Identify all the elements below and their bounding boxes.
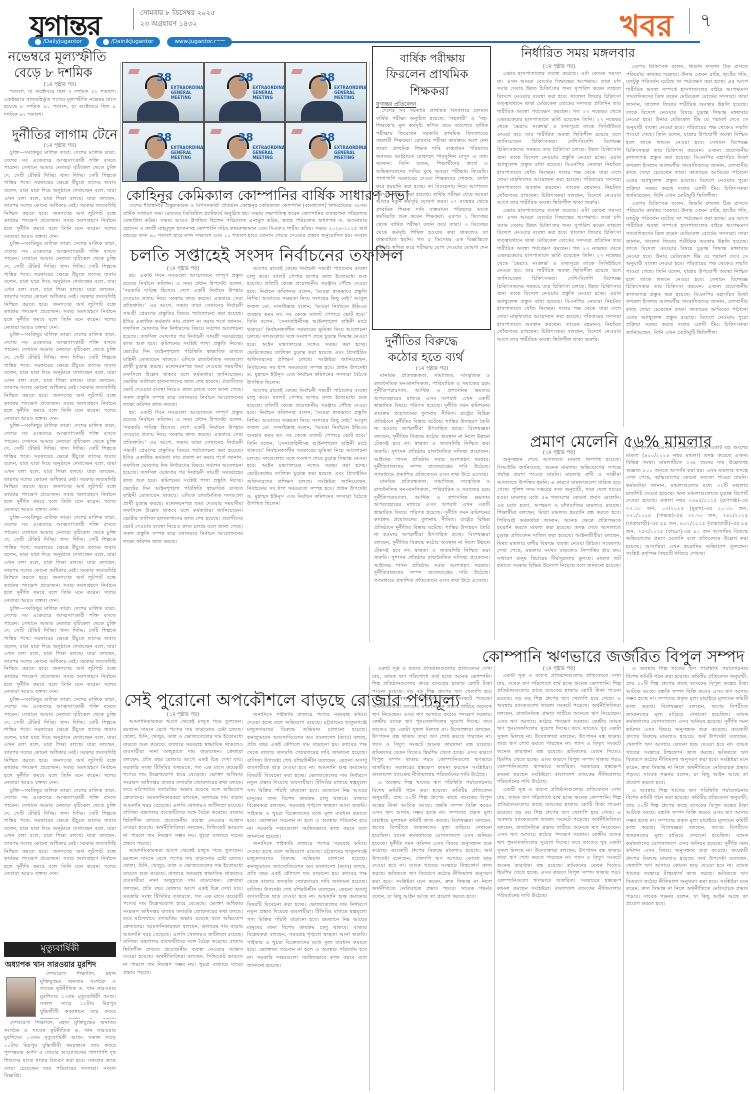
column-divider xyxy=(623,666,624,1091)
column-divider xyxy=(369,666,370,1091)
publication-date: সোমবার ৮ ডিসেম্বর ২০২৫ ২৩ অগ্রহায়ণ ১৪৩২ xyxy=(140,8,215,30)
ramadan-body-col1: আমদানিকারকরা আগে থেকেই মজুত গড়ে তুলছেন।… xyxy=(123,719,243,1091)
social-links: /DailyJugantor /DainikJugantor www.jugan… xyxy=(28,37,232,47)
company-debt-body-col2: এ অবস্থায় শিল্প খাতের ঋণ পরিস্থিতি পর্য… xyxy=(626,666,748,1091)
facebook-handle: /DainikJugantor xyxy=(111,39,153,45)
inflation-body: শতাংশ, যা অক্টোবরে ছিল ৭ দশমিক ৩২ শতাংশ।… xyxy=(4,89,116,125)
participant-frame: 38EXTRAORDINARY GENERAL MEETING xyxy=(286,63,366,121)
election-body-col2: আগের রাতেই কেন্দ্রে নির্বাচনী সামগ্রী পা… xyxy=(247,266,367,688)
column-divider xyxy=(494,330,495,640)
facebook-icon xyxy=(103,39,109,45)
ramadan-body-col2: অন্যদিকে পাইকারি বাজারে পণ্যের সরবরাহ কম… xyxy=(247,712,367,1091)
twitter-link[interactable]: /DailyJugantor xyxy=(28,37,89,47)
facebook-link[interactable]: /DainikJugantor xyxy=(96,37,160,47)
bengali-date: ২৩ অগ্রহায়ণ ১৪৩২ xyxy=(140,19,215,30)
obituary-portrait xyxy=(6,977,36,1017)
scheduled-time-headline: নির্ধারিত সময় মঙ্গলবার xyxy=(521,45,635,65)
page-number: ৭ xyxy=(700,6,712,37)
participant-frame: 38EXTRAORDINARY GENERAL MEETING xyxy=(123,63,203,121)
kohinoor-body: দেশের শীর্ষস্থানীয় প্রস্তুতকারক ও বিপণন… xyxy=(123,203,367,241)
twitter-handle: /DailyJugantor xyxy=(43,39,82,45)
participant-frame: 38EXTRAORDINARY GENERAL MEETING xyxy=(205,63,285,121)
agm-photo: 38EXTRAORDINARY GENERAL MEETING 38EXTRAO… xyxy=(122,62,367,182)
participant-frame: 38EXTRAORDINARY GENERAL MEETING xyxy=(286,123,366,181)
column-divider xyxy=(494,666,495,1091)
column-divider xyxy=(623,82,624,427)
participant-frame: 38EXTRAORDINARY GENERAL MEETING xyxy=(123,123,203,181)
company-debt-body-col1: একটি সূত্র ও ব্যবসা প্রতিষ্ঠানগুলোর প্রত… xyxy=(497,673,621,1091)
scheduled-time-body-col2: এরপর চিকিৎসক বলেন, কিডনি ফাংশন ঠিক রাখতে… xyxy=(626,64,748,427)
corruption-fail-body: মানবিক প্রতিবন্ধকতা, সামাজিক, সাংস্কৃতিক… xyxy=(374,373,490,638)
obituary-label: মৃত্যুবার্ষিকী xyxy=(4,942,116,957)
x-icon xyxy=(35,39,41,45)
corruption-rein-body: চুক্তি—সবকিছুর মালিক তারা। দেশের মালিক ত… xyxy=(4,150,116,938)
case-proof-body-col2: মূল কথায়, চিএনপির নেতাদের নামে একটি বড়… xyxy=(626,445,748,643)
participant-frame: 38EXTRAORDINARY GENERAL MEETING xyxy=(205,123,285,181)
case-proof-body-col1: অনুসন্ধান শেষে আদালতে মামলা নিষ্পত্তি হয… xyxy=(497,457,621,643)
company-debt-body-col0: একটি সূত্র ও ব্যবসা প্রতিষ্ঠানগুলোর প্রত… xyxy=(372,666,492,1091)
obituary-body-side: দেশবরেণ্য শিক্ষাবিদ, মহান মুক্তিযুদ্ধের … xyxy=(40,971,116,1019)
column-divider xyxy=(120,62,121,942)
teachers-body: দেশের সব সরকারি প্রাথমিক বিদ্যালয়ে চলমা… xyxy=(376,108,488,326)
divider xyxy=(689,8,690,34)
gregorian-date: সোমবার ৮ ডিসেম্বর ২০২৫ xyxy=(140,8,215,19)
scheduled-time-body-col1: এভার হাসপাতালের ব্যবস্থা করেছে। এটা কোনো… xyxy=(497,71,621,427)
election-body-col1: হয়: একটি দিনে সবগুলো আয়োজনে সম্পূর্ণ প… xyxy=(123,273,243,688)
column-divider xyxy=(623,445,624,643)
divider xyxy=(133,8,134,30)
column-divider xyxy=(369,62,370,642)
obituary-body: দেশবরেণ্য শিক্ষাবিদ, মহান মুক্তিযুদ্ধের … xyxy=(4,1020,116,1090)
